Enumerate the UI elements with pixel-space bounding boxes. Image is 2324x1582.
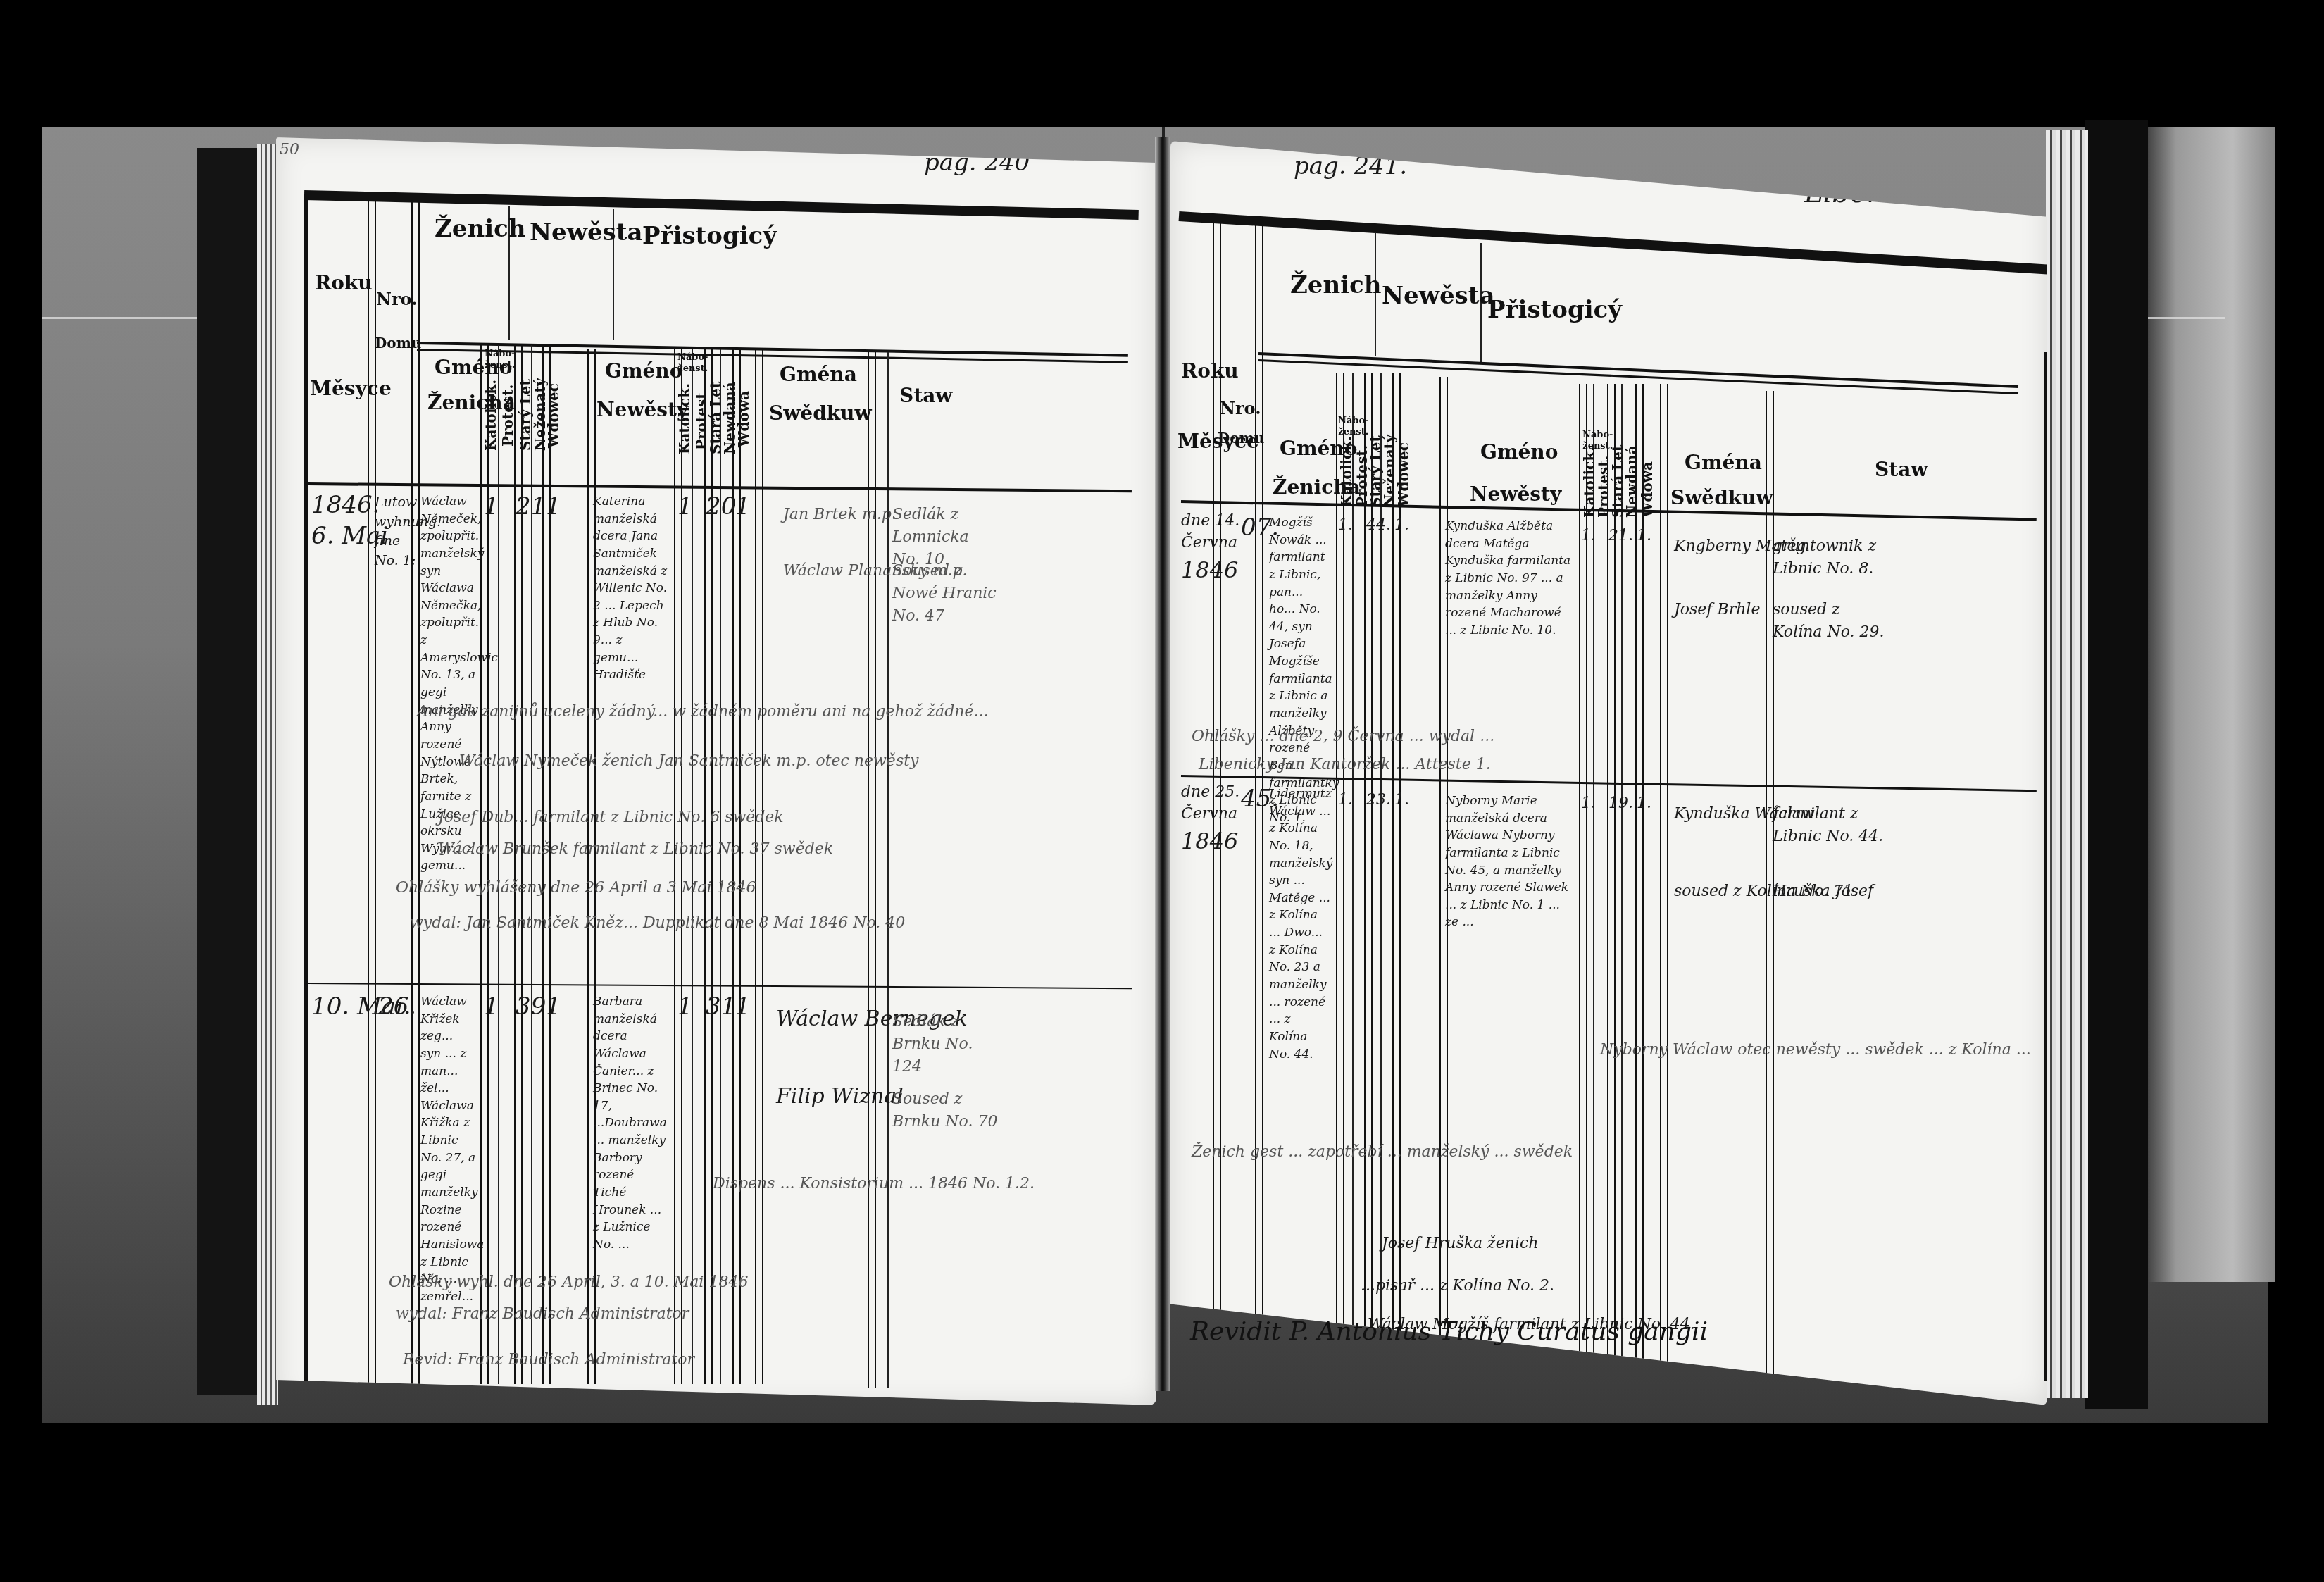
header-year: Roku: [1181, 359, 1239, 382]
entry-1-groom-age: 21: [516, 490, 546, 524]
entry-1-note: Ohlášky wyhlášeny dne 26 April a 3 Mai 1…: [396, 877, 756, 899]
entry-2-bride-unmarried: 1: [735, 990, 751, 1024]
entry-1-bride-unmarried: 1.: [1637, 525, 1651, 547]
entry-year: 1846: [1181, 556, 1238, 583]
entry-1-witness-status-1: gruntownik z Libnic No. 8.: [1773, 535, 1892, 580]
entry-2-groom: Lidermutz Wáclaw ... z Kolína No. 18, ma…: [1269, 785, 1332, 1063]
header-groom: Ženich: [1290, 271, 1382, 299]
entry-2-bride-age: 31: [706, 990, 736, 1024]
header-bride-name-1: Gméno: [1480, 440, 1558, 463]
entry-2-note: Ženich gest ... zapotřebí ... manželský …: [1192, 1141, 1573, 1164]
entry-1-house: Lutow wyhnung. fine No. 1:: [375, 493, 417, 571]
entry-2-witness-status-2: Soused z Brnku No. 70: [892, 1088, 998, 1133]
header-groom-religion: Nábo-ženst.: [1338, 416, 1368, 437]
header-bride: Newěsta: [1382, 282, 1495, 310]
entry-1-note: Josef Dub... farmilant z Libnic No. 6 sw…: [438, 806, 784, 829]
header-widower: Wdowec: [1395, 451, 1412, 507]
entry-2-bride-unmarried: 1.: [1637, 792, 1651, 815]
header-widower: Wdowec: [545, 380, 562, 451]
header-bride-name-2: Newěsty: [1470, 482, 1561, 506]
entry-day: dne 25.: [1181, 783, 1239, 801]
entry-2-note: Josef Hruška ženich: [1382, 1233, 1538, 1255]
header-religion-line: ženst.: [677, 363, 708, 374]
header-status: Staw: [899, 384, 952, 407]
entry-month: Června: [1181, 805, 1237, 823]
entry-2-note: wydal: Franz Baudisch Administrator: [396, 1303, 689, 1326]
entry-1-groom-age: 44.: [1366, 514, 1391, 537]
left-border: [304, 194, 308, 1391]
entry-2-date: dne 25.Června1846: [1181, 782, 1239, 857]
left-page: 50 pag. 240 Roku Měsyce Nro. Domu Ženich…: [276, 137, 1156, 1405]
entry-1-groom-single: 1.: [1394, 514, 1409, 537]
entry-1-bride-age: 20: [706, 490, 736, 524]
header-top-rule: [304, 190, 1139, 220]
entry-2-groom-age: 39: [516, 990, 546, 1024]
header-witness-name-2: Swědkuw: [769, 401, 872, 425]
entry-1-witness-status-2: soused z Kolína No. 29.: [1773, 599, 1892, 644]
header-year: Roku: [315, 271, 373, 294]
entry-1-note: Wáclaw Brunšek farmilant z Libnic No. 37…: [438, 838, 833, 861]
header-status: Staw: [1875, 458, 1928, 481]
col-divider: [755, 349, 763, 1384]
entry-2-note: Dispens ... Konsistorium ... 1846 No. 1.…: [713, 1173, 1035, 1195]
header-catholic: Katolick.: [1338, 451, 1355, 507]
entry-2-witness-2: Filip Wiznal: [776, 1081, 904, 1112]
header-witness-name-1: Gména: [1685, 451, 1762, 474]
book-gutter: [1155, 137, 1170, 1391]
header-bride-religion: Nábo-ženst.: [677, 352, 708, 374]
entry-1-note: Wáclaw Nymeček ženich Jan Santmiček m.p.…: [459, 750, 918, 773]
entry-2-bride: Barbara manželská dcera Wáclawa Čanier..…: [593, 993, 670, 1254]
header-religion-line: ženst.: [485, 360, 515, 370]
entry-1-witness-1: Jan Brtek m.p.: [783, 504, 897, 526]
entry-day: dne 14.: [1181, 512, 1239, 530]
header-religion-line: Nábo-: [677, 352, 708, 363]
header-groom: Ženich: [435, 215, 526, 243]
header-widow: Wdowa: [735, 384, 752, 454]
header-top-rule: [1179, 211, 2051, 275]
entry-2-note: Nyborny Wáclaw otec newěsty ... swědek .…: [1600, 1039, 2031, 1061]
header-religion-line: Nábo-: [485, 349, 515, 359]
entry-month: Června: [1181, 534, 1237, 552]
entry-2-witness-status-1: Sedlák z Brnku No. 124: [892, 1011, 998, 1078]
header-witness-name-2: Swědkuw: [1670, 486, 1773, 509]
entry-2-groom-catholic: 1.: [1338, 789, 1353, 811]
entry-1-groom: Mogžíš Nowák ... farmilant z Libnic, pan…: [1269, 514, 1332, 827]
entry-1-bride-catholic: 1.: [1581, 525, 1596, 547]
header-house-no: Nro.: [1220, 398, 1261, 418]
header-witness-name-1: Gména: [780, 363, 857, 386]
entry-1-groom-catholic: 1.: [1338, 514, 1353, 537]
header-religion-line: Nábo-: [1338, 416, 1368, 426]
entry-2-note: Ohlášky wyhl. dne 26 April, 3. a 10. Mai…: [389, 1271, 748, 1294]
entry-1-bride-unmarried: 1: [735, 490, 751, 524]
header-house: Domu: [1218, 430, 1264, 447]
right-page: pag. 241. Libenic 51 Roku Měsyce Nro. Do…: [1170, 141, 2047, 1405]
header-religion-line: Nábo-: [1582, 430, 1613, 440]
entry-1-date: dne 14.Června1846: [1181, 511, 1239, 585]
entry-2-bride-age: 19.: [1608, 792, 1633, 815]
header-catholic: Katolick.: [482, 380, 499, 451]
page-edges-left: [257, 144, 278, 1405]
entry-2-witness-status-1: farmilant z Libnic No. 44.: [1773, 803, 1892, 848]
entry-2-witness-status-2: Hruška Josef: [1773, 880, 1892, 903]
entry-1-witness-status-2: Soused z Nowé Hranic No. 47: [892, 560, 998, 628]
corner-mark: 50: [280, 139, 299, 161]
header-house-no: Nro.: [376, 289, 418, 309]
entry-2-groom: Wáclaw Křižek zeg... syn ... z man... že…: [420, 993, 477, 1306]
entry-year: 1846.: [311, 491, 380, 519]
entry-1-witness-2: Josef Brhle: [1674, 599, 1760, 621]
entry-2-note: ...pisař ... z Kolína No. 2.: [1361, 1275, 1554, 1297]
entry-2-groom-age: 23.: [1366, 789, 1391, 811]
entry-2-groom-catholic: 1: [484, 990, 499, 1024]
header-bride-name-1: Gméno: [605, 359, 682, 382]
book-cover-right: [2085, 120, 2148, 1409]
header-month: Měsyce: [310, 377, 392, 400]
entry-year: 1846: [1181, 828, 1238, 854]
entry-1-note: wydal: Jan Santmiček Kněz... Dupplikat d…: [410, 912, 905, 935]
page-edges-right: [2046, 130, 2088, 1398]
entry-1-note: Ani gak zanijnů uceleny žádný... w žádné…: [417, 701, 988, 723]
entry-2-groom-single: 1: [546, 990, 561, 1024]
entry-2-note: Revid: Franz Baudisch Administrator: [403, 1349, 694, 1371]
entry-1-bride: Katerina manželská dcera Jana Santmiček …: [593, 493, 670, 684]
entry-1-note: Ohlášky ... dne 2, 9 Června ... wydal ..…: [1192, 725, 1494, 748]
header-catholic: Katolick.: [676, 384, 693, 454]
header-bride: Newěsta: [530, 218, 643, 247]
entry-2-bride-catholic: 1.: [1581, 792, 1596, 815]
entry-2-bride: Nyborny Marie manželská dcera Wáclawa Ny…: [1445, 792, 1572, 931]
entry-2-bride-catholic: 1: [677, 990, 693, 1024]
header-witnesses: Přistogicý: [1487, 296, 1622, 324]
header-protestant: Protest.: [499, 380, 516, 451]
header-witnesses: Přistogicý: [642, 222, 777, 250]
header-bride-name-2: Newěsty: [596, 398, 688, 421]
entry-1-groom-single: 1: [546, 490, 561, 524]
entry-1-note: Libenicky Jan Kantoržek ... Atteste 1.: [1199, 754, 1491, 776]
revision-signature: Revidit P. Antonius Tichy Curatus gangii: [1190, 1314, 1708, 1350]
entry-2-house: 26.: [378, 990, 416, 1024]
header-house: Domu: [375, 335, 421, 351]
col-divider: [411, 202, 420, 1385]
entry-1-groom-catholic: 1: [484, 490, 499, 524]
entry-1-bride-catholic: 1: [677, 490, 693, 524]
col-divider: [1660, 384, 1668, 1398]
entry-1-bride-age: 21.: [1608, 525, 1633, 547]
header-mid-rule: [417, 349, 1128, 363]
entry-2-groom-single: 1.: [1394, 789, 1409, 811]
entry-1-bride: Kynduška Alžběta dcera Matěga Kynduška f…: [1445, 518, 1572, 639]
scan-background-right: [2134, 127, 2275, 1282]
header-groom-religion: Nábo-ženst.: [485, 349, 515, 370]
